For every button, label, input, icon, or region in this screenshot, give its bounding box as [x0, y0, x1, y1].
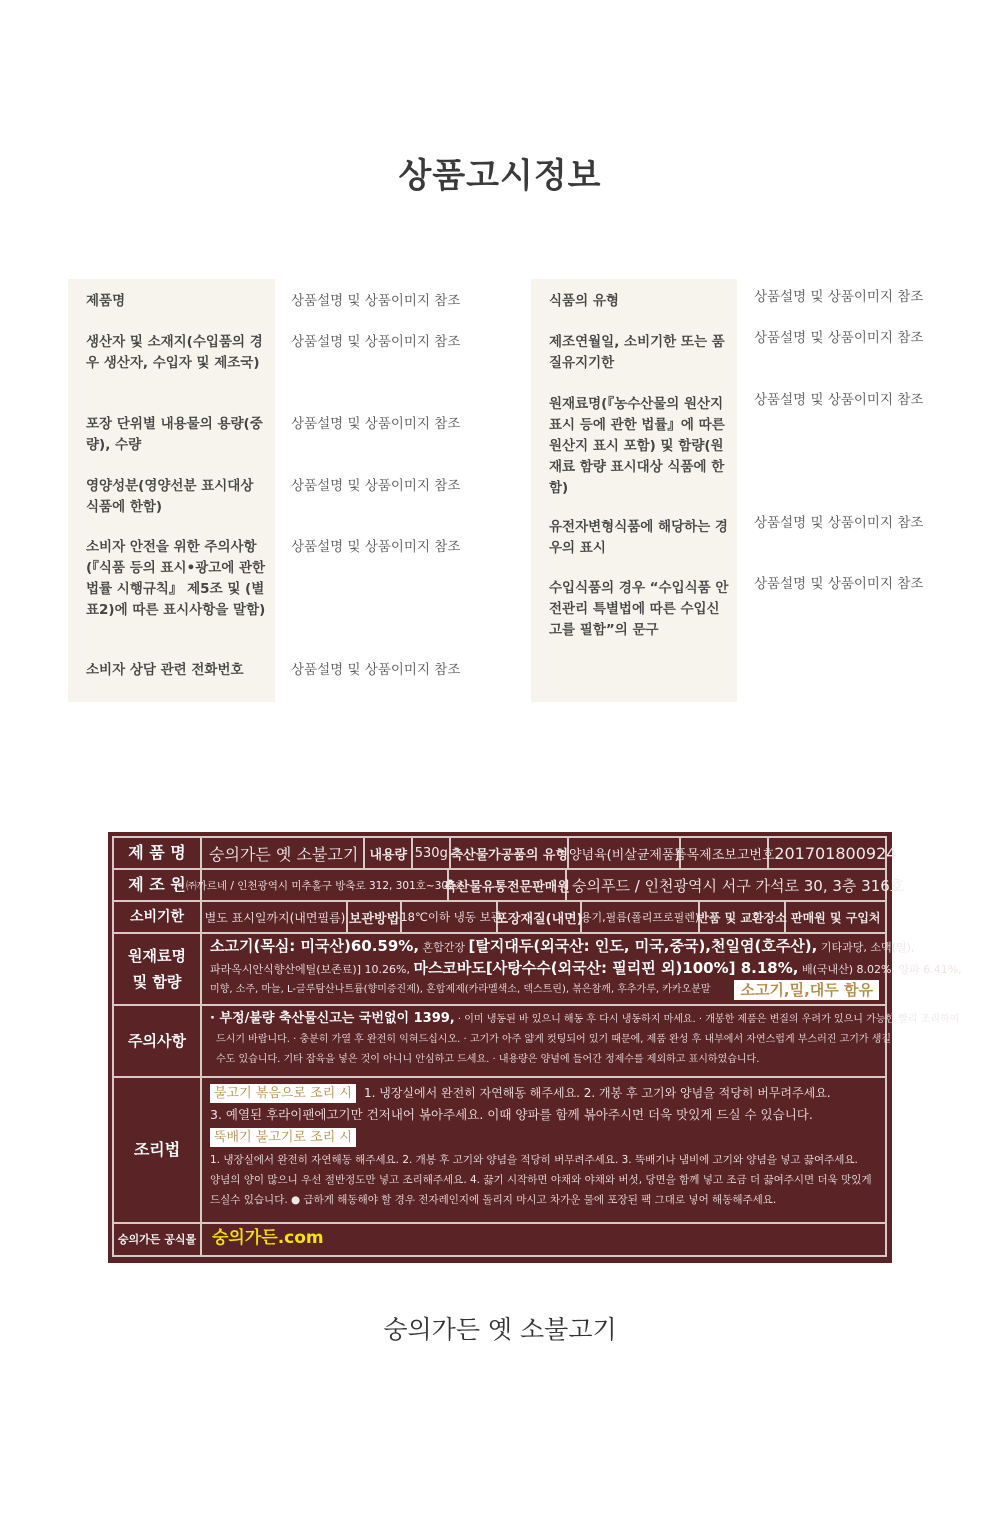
caution-line: 수도 있습니다. 기타 잡육을 넣은 것이 아니니 안심하고 드세요. · 내용… — [204, 1050, 885, 1070]
seller-value: 숭의푸드 / 인천광역시 서구 가석로 30, 3층 316호 — [567, 870, 909, 900]
product-name: 숭의가든 옛 소불고기 — [204, 838, 365, 868]
notice-value: 상품설명 및 상품이미지 참조 — [291, 537, 460, 558]
allergen-badge: 소고기,밀,대두 함유 — [734, 980, 879, 1000]
pack-value: 용기,필름(폴리프로필렌) — [582, 902, 700, 932]
notice-value: 상품설명 및 상품이미지 참조 — [291, 332, 460, 353]
storage-label: 보관방법 — [348, 902, 402, 932]
recipe-line: 드실수 있습니다. ● 급하게 해동해야 할 경우 전자레인지에 돌리지 마시고… — [204, 1190, 885, 1210]
notice-label: 유전자변형식품에 해당하는 경우의 표시 — [549, 517, 729, 559]
storage-value: -18℃이하 냉동 보관 — [402, 902, 498, 932]
notice-label: 제품명 — [86, 291, 266, 312]
notice-value: 상품설명 및 상품이미지 참조 — [754, 287, 923, 308]
notice-label: 소비자 안전을 위한 주의사항(『식품 등의 표시•광고에 관한 법률 시행규칙… — [86, 537, 266, 621]
label-row-expiry: 소비기한 별도 표시일까지(내면필름) 보관방법 -18℃이하 냉동 보관 포장… — [114, 902, 885, 934]
type-value: 양념육(비살균제품) — [569, 838, 681, 868]
product-label: 제 품 명 숭의가든 옛 소불고기 내용량 530g 축산물가공품의 유형 양념… — [108, 832, 892, 1263]
notice-value: 상품설명 및 상품이미지 참조 — [754, 513, 923, 534]
label-row-ingredients: 원재료명 및 함량 소고기(목심: 미국산)60.59%, 혼합간장 [탈지대두… — [114, 934, 885, 1006]
return-label: 반품 및 교환장소 — [700, 902, 786, 932]
content-label: 내용량 — [365, 838, 413, 868]
notice-value: 상품설명 및 상품이미지 참조 — [291, 660, 460, 681]
notice-label: 원재료명(『농수산물의 원산지 표시 등에 관한 법률』에 따른 원산지 표시 … — [549, 394, 729, 499]
ingredient-text: 파라옥시안식향산에틸(보존료)] 10.26%, — [210, 963, 413, 976]
notice-label: 영양성분(영양선분 표시대상 식품에 한함) — [86, 476, 266, 518]
product-label-frame: 제 품 명 숭의가든 옛 소불고기 내용량 530g 축산물가공품의 유형 양념… — [112, 836, 887, 1257]
notice-value: 상품설명 및 상품이미지 참조 — [754, 390, 923, 411]
notice-value: 상품설명 및 상품이미지 참조 — [754, 574, 923, 595]
report-number: 201701800924 — [769, 838, 901, 868]
recipe-line: 1. 냉장실에서 완전히 자연해동 해주세요. 2. 개봉 후 고기와 양념을 … — [204, 1150, 885, 1170]
ingredient-text: 혼합간장 — [419, 941, 469, 954]
ingredients-line: 파라옥시안식향산에틸(보존료)] 10.26%, 마스코바도[사탕수수(외국산:… — [204, 958, 885, 980]
row-head: 숭의가든 공식몰 — [114, 1224, 202, 1255]
notice-value: 상품설명 및 상품이미지 참조 — [291, 291, 460, 312]
caution-line: · 부정/불량 축산물신고는 국번없이 1399, · 이미 냉동된 바 있으니… — [204, 1009, 885, 1030]
notice-label: 식품의 유형 — [549, 291, 729, 312]
notice-label: 소비자 상담 관련 전화번호 — [86, 660, 266, 681]
recipe-method-label: 불고기 볶음으로 조리 시 — [210, 1084, 356, 1103]
pack-label: 포장재질(내면) — [498, 902, 582, 932]
official-site-link[interactable]: 숭의가든.com — [204, 1224, 885, 1252]
row-head: 제 품 명 — [114, 838, 202, 868]
caution-text: · 이미 냉동된 바 있으니 해동 후 다시 냉동하지 마세요. · 개봉한 제… — [455, 1014, 960, 1025]
recipe-line: 뚝배기 불고기로 조리 시 — [204, 1126, 885, 1150]
notice-value: 상품설명 및 상품이미지 참조 — [754, 328, 923, 349]
content-value: 530g — [413, 838, 451, 868]
ingredient-sugar: 마스코바도[사탕수수(외국산: 필리핀 외)100%] 8.18%, — [413, 959, 798, 977]
ingredient-text: 배(국내산) 8.02%, 양파 6.41%, — [798, 963, 961, 976]
product-caption: 숭의가든 옛 소불고기 — [0, 1310, 1000, 1346]
label-row-product: 제 품 명 숭의가든 옛 소불고기 내용량 530g 축산물가공품의 유형 양념… — [114, 838, 885, 870]
notice-label: 수입식품의 경우 “수입식품 안전관리 특별법에 따른 수입신고를 필함”의 문… — [549, 578, 729, 641]
label-row-official-mall: 숭의가든 공식몰 숭의가든.com — [114, 1224, 885, 1255]
ingredient-main: 소고기(목심: 미국산)60.59%, — [210, 937, 419, 955]
recipe-method-label: 뚝배기 불고기로 조리 시 — [210, 1128, 356, 1147]
recipe-line: 불고기 볶음으로 조리 시1. 냉장실에서 완전히 자연해동 해주세요. 2. … — [204, 1082, 885, 1104]
notice-label: 생산자 및 소재지(수입품의 경우 생산자, 수입자 및 제조국) — [86, 332, 266, 374]
page-title: 상품고시정보 — [0, 148, 1000, 197]
recipe-line: 3. 예열된 후라이팬에고기만 건저내어 볶아주세요. 이때 양파를 함께 볶아… — [204, 1104, 885, 1126]
row-head: 주의사항 — [114, 1006, 202, 1076]
ingredient-text: 기타과당, 소맥(밀), — [817, 941, 914, 954]
type-label: 축산물가공품의 유형 — [451, 838, 569, 868]
caution-hotline: · 부정/불량 축산물신고는 국번없이 1399, — [210, 1011, 455, 1026]
notice-label: 제조연월일, 소비기한 또는 품질유지기한 — [549, 332, 729, 374]
row-head: 조리법 — [114, 1078, 202, 1222]
notice-value: 상품설명 및 상품이미지 참조 — [291, 476, 460, 497]
notice-label: 포장 단위별 내용물의 용량(중량), 수량 — [86, 414, 266, 456]
caution-line: 드시기 바랍니다. · 충분히 가열 후 완전히 익혀드십시오. · 고기가 아… — [204, 1030, 885, 1050]
maker-value: ㈜까르네 / 인천광역시 미추홀구 방축로 312, 301호~305호 — [204, 870, 449, 900]
notice-value: 상품설명 및 상품이미지 참조 — [291, 414, 460, 435]
label-row-maker: 제 조 원 ㈜까르네 / 인천광역시 미추홀구 방축로 312, 301호~30… — [114, 870, 885, 902]
seller-label: 축산물유통전문판매원 — [449, 870, 567, 900]
return-value: 판매원 및 구입처 — [786, 902, 886, 932]
report-label: 품목제조보고번호 — [681, 838, 769, 868]
row-head: 원재료명 및 함량 — [114, 934, 202, 1004]
recipe-text: 1. 냉장실에서 완전히 자연해동 해주세요. 2. 개봉 후 고기와 양념을 … — [364, 1086, 831, 1100]
label-row-recipe: 조리법 불고기 볶음으로 조리 시1. 냉장실에서 완전히 자연해동 해주세요.… — [114, 1078, 885, 1224]
recipe-line: 양념의 양이 많으니 우선 절반정도만 넣고 조리해주세요. 4. 끓기 시작하… — [204, 1170, 885, 1190]
ingredient-soy: [탈지대두(외국산: 인도, 미국,중국),천일염(호주산), — [469, 937, 818, 955]
label-row-caution: 주의사항 · 부정/불량 축산물신고는 국번없이 1399, · 이미 냉동된 … — [114, 1006, 885, 1078]
row-head: 소비기한 — [114, 902, 202, 932]
expiry-value: 별도 표시일까지(내면필름) — [204, 902, 348, 932]
ingredients-line: 소고기(목심: 미국산)60.59%, 혼합간장 [탈지대두(외국산: 인도, … — [204, 936, 885, 958]
